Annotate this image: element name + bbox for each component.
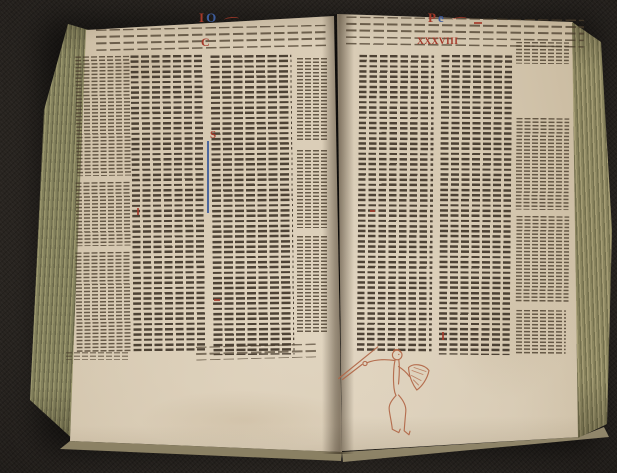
rubric-letter: P bbox=[428, 11, 437, 24]
left-text-column-2 bbox=[210, 55, 294, 356]
right-text-column-1 bbox=[357, 55, 435, 354]
rubric-paraph bbox=[370, 210, 375, 212]
rubric-letter: O bbox=[206, 11, 217, 24]
marginal-drawing bbox=[332, 344, 462, 448]
right-running-title: Pe bbox=[428, 11, 445, 24]
left-running-title: IO bbox=[199, 11, 217, 24]
decorated-initial: S bbox=[210, 130, 216, 141]
right-margin-gloss-block bbox=[516, 216, 570, 302]
right-margin-gloss-block bbox=[516, 118, 570, 210]
rubric-letter: I bbox=[199, 11, 205, 24]
left-text-column-1 bbox=[130, 55, 205, 352]
right-text-column-2 bbox=[439, 55, 513, 356]
left-margin-gloss-block bbox=[75, 56, 133, 177]
rubric-letter: e bbox=[438, 11, 445, 24]
rubric-paraph bbox=[474, 22, 482, 24]
left-inner-gloss-block bbox=[297, 150, 329, 228]
right-chapter-numeral: XXXVIII bbox=[417, 37, 458, 47]
left-margin-gloss-block bbox=[76, 182, 133, 247]
rubric-paraph bbox=[137, 208, 139, 215]
left-inner-gloss-block bbox=[297, 58, 327, 142]
right-margin-gloss-block bbox=[516, 42, 569, 64]
manuscript-photo: IO C S Pe XXXVIII bbox=[0, 0, 617, 473]
left-top-gloss-text bbox=[96, 25, 326, 56]
right-margin-gloss-block bbox=[516, 310, 566, 354]
rubric-paraph bbox=[442, 332, 444, 340]
rubric-paraph bbox=[214, 299, 220, 301]
left-chapter-mark: C bbox=[201, 35, 210, 50]
pen-flourish-bar bbox=[207, 141, 209, 213]
left-margin-gloss-block bbox=[75, 252, 132, 353]
left-margin-endnote bbox=[66, 352, 130, 360]
left-inner-gloss-block bbox=[297, 236, 327, 332]
